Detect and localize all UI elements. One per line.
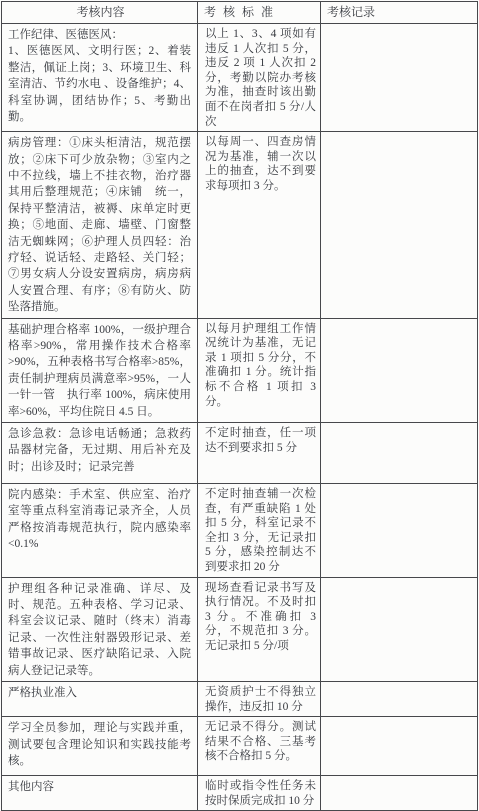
table-row: 院内感染：手术室、供应室、治疗室等重点科室消毒记录齐全，人员严格按消毒规范执行，… [2,484,478,578]
content-cell: 其他内容 [2,776,198,811]
table-row: 急诊急救：急诊电话畅通；急救药品器材完备，无过期、用后补充及时；出诊及时；记录完… [2,423,478,484]
table-row: 病房管理：①床头柜清洁，规范摆放；②床下可少放杂物；③室内之中不拉线，墙上不挂衣… [2,132,478,318]
standard-cell: 不定时抽查，任一项达不到要求扣 5 分 [198,423,321,484]
record-cell [321,682,478,717]
header-record-column: 考核记录 [321,2,478,24]
standard-cell: 以上 1、3、4 项如有违反 1 人次扣 5 分，违反 2 项 1 人次扣 2 … [198,24,321,132]
standard-cell: 以每周一、四查房情况为基准，辅一次以上的抽查，达不到要求每项扣 3 分。 [198,132,321,318]
content-cell: 学习全员参加，理论与实践并重，测试要包含理论知识和实践技能考核。 [2,717,198,776]
assessment-table: 考核内容 考 核 标 准 考核记录 工作纪律、医德医风： 1、医德医风、文明行医… [1,1,478,811]
table-row: 其他内容 临时或指令性任务未按时保质完成扣 10 分 [2,776,478,811]
content-cell: 急诊急救：急诊电话畅通；急救药品器材完备，无过期、用后补充及时；出诊及时；记录完… [2,423,198,484]
table-row: 严格执业准入 无资质护士不得独立操作，违反扣 10 分 [2,682,478,717]
content-cell: 严格执业准入 [2,682,198,717]
table-row: 基础护理合格率 100%，一级护理合格率>90%，常用操作技术合格率>90%，五… [2,318,478,422]
record-cell [321,577,478,681]
standard-cell: 以每月护理组工作情况统计为基准，无记录 1 项扣 5 分分，不准确扣 1 分。统… [198,318,321,422]
content-cell: 基础护理合格率 100%，一级护理合格率>90%，常用操作技术合格率>90%，五… [2,318,198,422]
standard-cell: 无资质护士不得独立操作，违反扣 10 分 [198,682,321,717]
record-cell [321,318,478,422]
standard-cell: 临时或指令性任务未按时保质完成扣 10 分 [198,776,321,811]
standard-cell: 无记录不得分。测试结果不合格、三基考核不合格扣 5 分。 [198,717,321,776]
table-row: 学习全员参加，理论与实践并重，测试要包含理论知识和实践技能考核。 无记录不得分。… [2,717,478,776]
record-cell [321,776,478,811]
content-cell: 病房管理：①床头柜清洁，规范摆放；②床下可少放杂物；③室内之中不拉线，墙上不挂衣… [2,132,198,318]
record-cell [321,484,478,578]
header-standard-column: 考 核 标 准 [198,2,321,24]
standard-cell: 不定时抽查辅一次检查，有严重缺陷 1 处扣 5 分，科室记录不全扣 3 分，无记… [198,484,321,578]
record-cell [321,717,478,776]
table-row: 工作纪律、医德医风： 1、医德医风、文明行医；2、着装整洁，佩证上岗；3、环境卫… [2,24,478,132]
standard-cell: 现场查看记录书写及执行情况。不及时扣 3 分。不准确扣 3 分，不规范扣 3 分… [198,577,321,681]
record-cell [321,24,478,132]
table-row: 护理组各种记录准确、详尽、及时、规范。五种表格、学习记录、科室会议记录、随时（终… [2,577,478,681]
content-cell: 护理组各种记录准确、详尽、及时、规范。五种表格、学习记录、科室会议记录、随时（终… [2,577,198,681]
record-cell [321,132,478,318]
content-cell: 院内感染：手术室、供应室、治疗室等重点科室消毒记录齐全，人员严格按消毒规范执行，… [2,484,198,578]
content-cell: 工作纪律、医德医风： 1、医德医风、文明行医；2、着装整洁，佩证上岗；3、环境卫… [2,24,198,132]
record-cell [321,423,478,484]
header-row: 考核内容 考 核 标 准 考核记录 [2,2,478,24]
header-content-column: 考核内容 [2,2,198,24]
